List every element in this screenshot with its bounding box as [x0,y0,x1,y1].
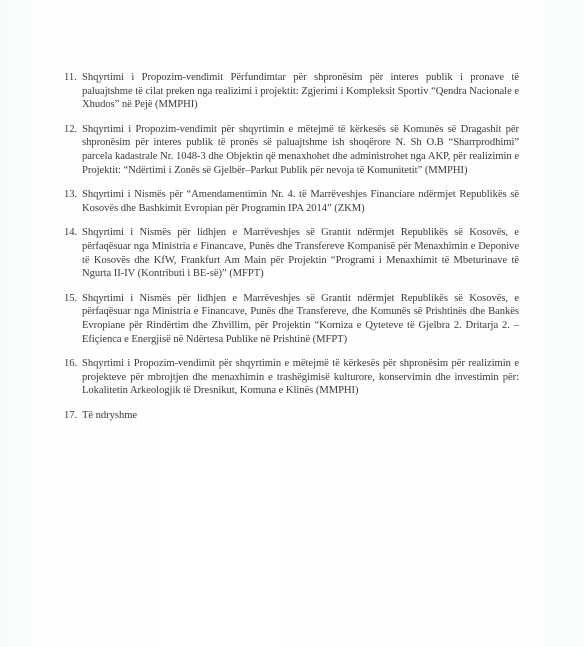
agenda-item-text: Shqyrtimi i Propozim-vendimit për shqyrt… [82,357,519,398]
agenda-item-number: 14. [64,226,77,240]
agenda-list: 11. Shqyrtimi i Propozim-vendimit Përfun… [65,71,519,433]
agenda-item-text: Shqyrtimi i Nismës për “Amendamentimin N… [82,188,519,215]
agenda-item-number: 17. [64,409,77,423]
scanned-document-page: 11. Shqyrtimi i Propozim-vendimit Përfun… [0,0,584,647]
agenda-item-number: 11. [64,71,77,85]
agenda-item-14: 14. Shqyrtimi i Nismës për lidhjen e Mar… [65,226,519,280]
agenda-item-text: Shqyrtimi i Nismës për lidhjen e Marrëve… [82,226,519,280]
agenda-item-13: 13. Shqyrtimi i Nismës për “Amendamentim… [65,188,519,215]
agenda-item-15: 15. Shqyrtimi i Nismës për lidhjen e Mar… [65,292,519,346]
agenda-item-16: 16. Shqyrtimi i Propozim-vendimit për sh… [65,357,519,398]
agenda-item-text: Të ndryshme [82,409,519,423]
agenda-item-17: 17. Të ndryshme [65,409,519,423]
agenda-item-number: 15. [64,292,77,306]
agenda-item-11: 11. Shqyrtimi i Propozim-vendimit Përfun… [65,71,519,112]
agenda-item-12: 12. Shqyrtimi i Propozim-vendimit për sh… [65,123,519,177]
agenda-item-number: 16. [64,357,77,371]
agenda-item-text: Shqyrtimi i Propozim-vendimit për shqyrt… [82,123,519,177]
agenda-item-number: 12. [64,123,77,137]
agenda-item-text: Shqyrtimi i Nismës për lidhjen e Marrëve… [82,292,519,346]
agenda-item-number: 13. [64,188,77,202]
agenda-item-text: Shqyrtimi i Propozim-vendimit Përfundimt… [82,71,519,112]
